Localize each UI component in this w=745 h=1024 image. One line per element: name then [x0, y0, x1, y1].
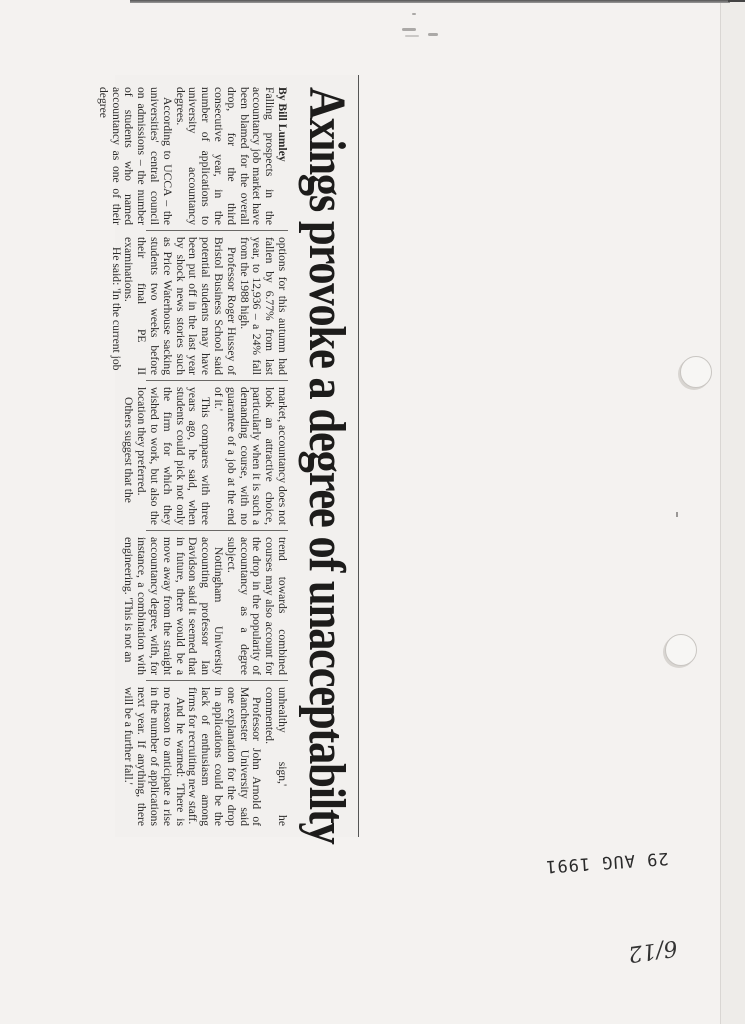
- paragraph: trend towards combined courses may also …: [224, 537, 288, 675]
- paragraph: According to UCCA – the universities' ce…: [96, 87, 173, 225]
- headline-rule: [358, 75, 359, 837]
- paragraph: He said: 'In the current job: [109, 237, 122, 375]
- paragraph: And he warned: 'There is no reason to an…: [122, 687, 186, 826]
- paragraph: This compares with three years ago, he s…: [134, 387, 211, 525]
- paragraph: market, accountancy does not look an att…: [211, 387, 288, 525]
- article-columns: By Bill Lumley Falling prospects in the …: [118, 87, 288, 837]
- page-edge: [721, 0, 745, 1024]
- article-column-2: options for this autumn had fallen by 6.…: [146, 237, 288, 381]
- speck: [676, 512, 678, 517]
- article-column-5: unhealthy sign,' he commented. Professor…: [146, 687, 288, 831]
- paragraph: Nottingham University accounting profess…: [122, 537, 224, 675]
- ink-smudge: [412, 13, 416, 15]
- paragraph: unhealthy sign,' he commented.: [262, 687, 288, 826]
- headline: Axings provoke a degree of unacceptabilt…: [297, 87, 355, 732]
- article-column-4: trend towards combined courses may also …: [146, 537, 288, 681]
- paragraph: Professor John Arnold of Manchester Univ…: [186, 687, 263, 826]
- paragraph: options for this autumn had fallen by 6.…: [237, 237, 288, 375]
- article-column-1: By Bill Lumley Falling prospects in the …: [146, 87, 288, 231]
- ink-smudge: [405, 35, 419, 37]
- paragraph: Professor Roger Hussey of Bristol Busine…: [122, 237, 237, 375]
- paragraph: Others suggest that the: [122, 387, 135, 525]
- scan-top-edge-right: [728, 0, 745, 2]
- scan-top-edge: [130, 0, 730, 3]
- punch-hole-bottom: [665, 634, 697, 666]
- ink-smudge: [402, 28, 416, 31]
- byline: By Bill Lumley: [276, 87, 289, 162]
- newspaper-clipping: Axings provoke a degree of unacceptabilt…: [115, 75, 359, 837]
- article-column-3: market, accountancy does not look an att…: [146, 387, 288, 531]
- paragraph: Falling prospects in the accountancy job…: [173, 87, 275, 225]
- punch-hole-top: [680, 356, 712, 388]
- ink-smudge: [428, 33, 438, 36]
